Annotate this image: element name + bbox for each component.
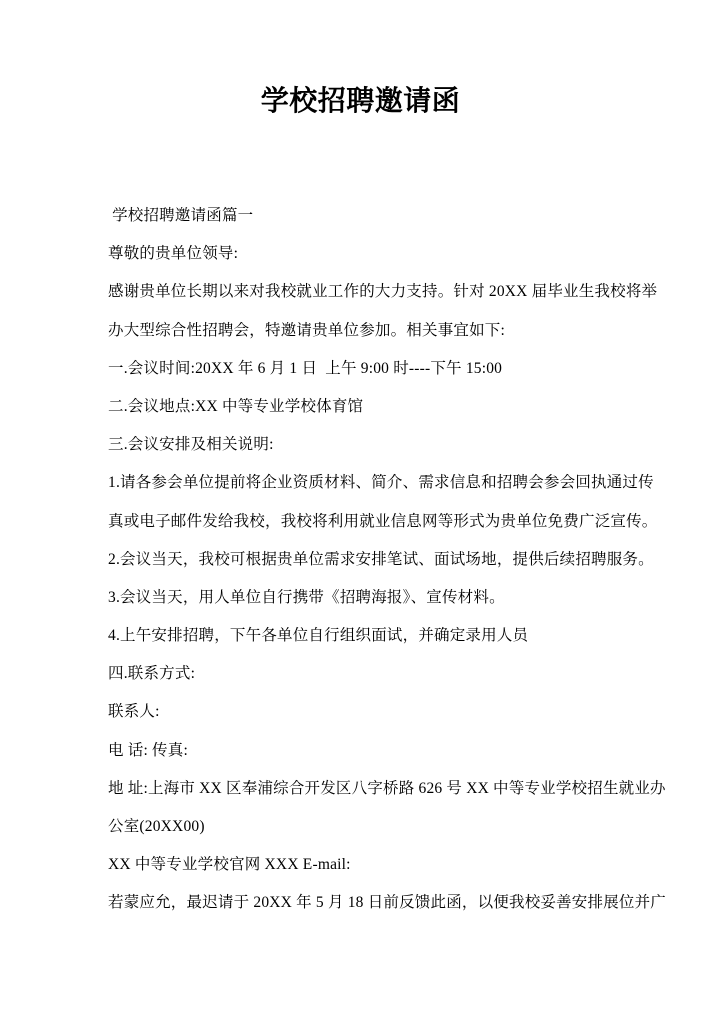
document-line-address-cont: 公室(20XX00): [108, 808, 701, 846]
document-page: 学校招聘邀请函 学校招聘邀请函篇一 尊敬的贵单位领导: 感谢贵单位长期以来对我校…: [0, 0, 721, 1020]
document-line-address: 地 址:上海市 XX 区奉浦综合开发区八字桥路 626 号 XX 中等专业学校招…: [108, 770, 701, 808]
document-line-meeting-notes: 三.会议安排及相关说明:: [108, 426, 701, 464]
document-line-reply-deadline: 若蒙应允，最迟请于 20XX 年 5 月 18 日前反馈此函，以便我校妥善安排展…: [108, 884, 701, 922]
document-line-heading: 学校招聘邀请函篇一: [108, 197, 701, 235]
document-line: 办大型综合性招聘会，特邀请贵单位参加。相关事宜如下:: [108, 312, 701, 350]
document-title: 学校招聘邀请函: [0, 82, 721, 122]
document-line-meeting-place: 二.会议地点:XX 中等专业学校体育馆: [108, 388, 701, 426]
document-line: 真或电子邮件发给我校，我校将利用就业信息网等形式为贵单位免费广泛宣传。: [108, 503, 701, 541]
document-line-phone-fax: 电 话: 传真:: [108, 732, 701, 770]
document-line-website-email: XX 中等专业学校官网 XXX E-mail:: [108, 846, 701, 884]
document-body: 学校招聘邀请函篇一 尊敬的贵单位领导: 感谢贵单位长期以来对我校就业工作的大力支…: [108, 197, 701, 923]
document-line-meeting-time: 一.会议时间:20XX 年 6 月 1 日 上午 9:00 时----下午 15…: [108, 350, 701, 388]
document-line: 4.上午安排招聘，下午各单位自行组织面试，并确定录用人员: [108, 617, 701, 655]
document-line: 3.会议当天，用人单位自行携带《招聘海报》、宣传材料。: [108, 579, 701, 617]
document-line-salutation: 尊敬的贵单位领导:: [108, 235, 701, 273]
document-line: 1.请各参会单位提前将企业资质材料、简介、需求信息和招聘会参会回执通过传: [108, 464, 701, 502]
document-line-contact-heading: 四.联系方式:: [108, 655, 701, 693]
document-line: 2.会议当天，我校可根据贵单位需求安排笔试、面试场地，提供后续招聘服务。: [108, 541, 701, 579]
document-line: 感谢贵单位长期以来对我校就业工作的大力支持。针对 20XX 届毕业生我校将举: [108, 273, 701, 311]
document-line-contact-person: 联系人:: [108, 693, 701, 731]
